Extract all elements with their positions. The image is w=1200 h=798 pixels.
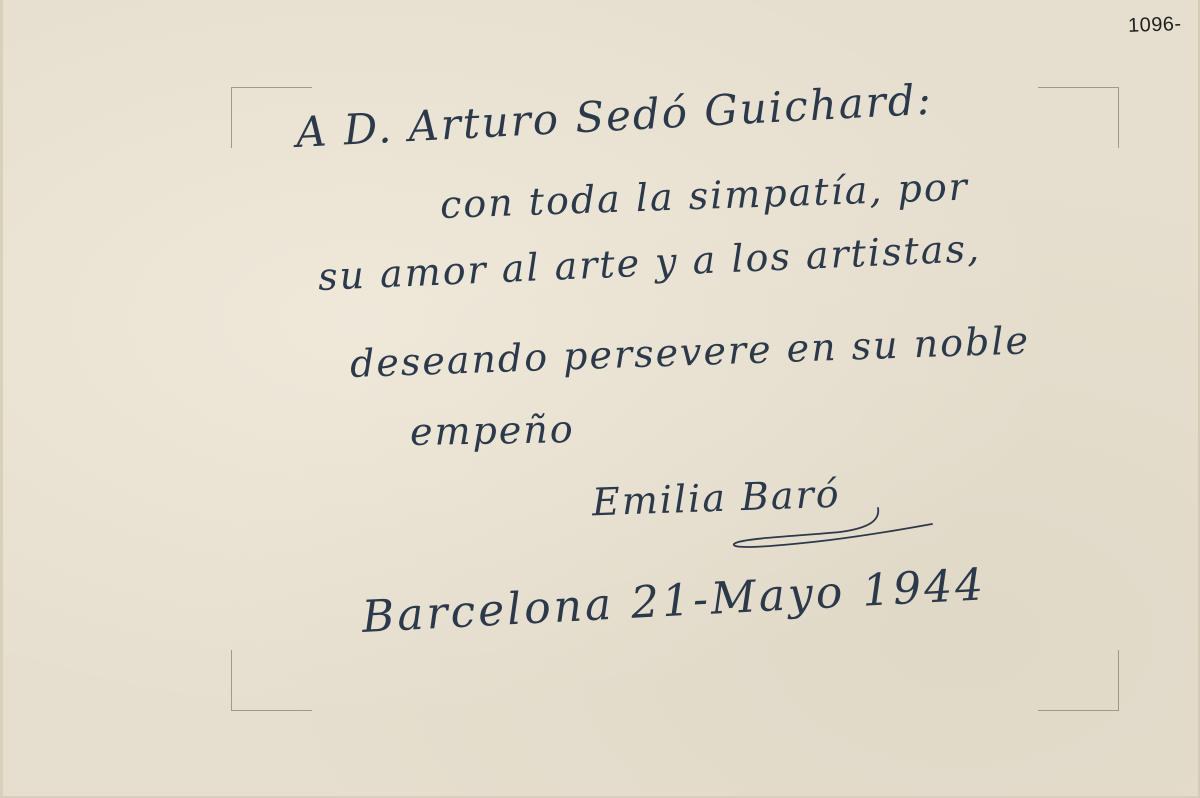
dedication-line: con toda la simpatía, por — [439, 165, 969, 227]
dedication-line: su amor al arte y a los artistas, — [317, 226, 982, 299]
signature-flourish-icon — [720, 500, 940, 550]
corner-mark-top-right — [1038, 87, 1119, 148]
dedication-line: A D. Arturo Sedó Guichard: — [295, 75, 934, 157]
dedication-line: empeño — [410, 407, 575, 454]
document-page: 1096- A D. Arturo Sedó Guichard: con tod… — [0, 0, 1200, 798]
corner-mark-bottom-right — [1038, 650, 1119, 711]
page-number: 1096- — [1128, 13, 1182, 38]
place-date: Barcelona 21-Mayo 1944 — [361, 559, 988, 643]
corner-mark-bottom-left — [231, 650, 312, 711]
dedication-line: deseando persevere en su noble — [349, 318, 1030, 386]
